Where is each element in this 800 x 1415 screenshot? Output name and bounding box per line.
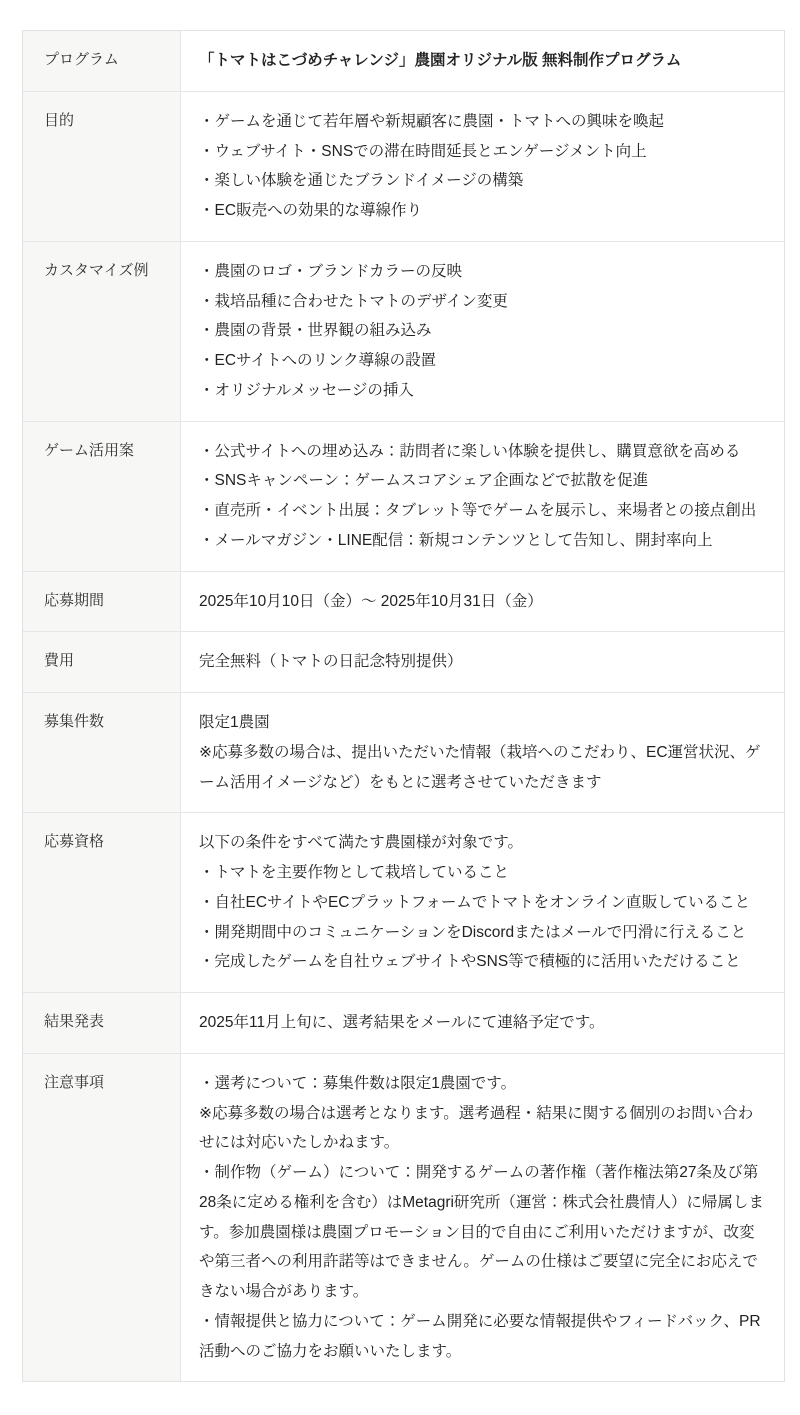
content-line: ・情報提供と協力について：ゲーム開発に必要な情報提供やフィードバック、PR活動へ… xyxy=(199,1307,766,1367)
document-page: プログラム「トマトはこづめチャレンジ」農園オリジナル版 無料制作プログラム目的・… xyxy=(0,0,800,1415)
table-row: 募集件数限定1農園※応募多数の場合は、提出いただいた情報（栽培へのこだわり、EC… xyxy=(23,692,784,812)
content-line: ※応募多数の場合は選考となります。選考過程・結果に関する個別のお問い合わせには対… xyxy=(199,1099,766,1159)
row-label: ゲーム活用案 xyxy=(23,422,181,571)
table-row: 目的・ゲームを通じて若年層や新規顧客に農園・トマトへの興味を喚起・ウェブサイト・… xyxy=(23,91,784,241)
row-content: ・公式サイトへの埋め込み：訪問者に楽しい体験を提供し、購買意欲を高める・SNSキ… xyxy=(181,422,784,571)
content-line: ・ECサイトへのリンク導線の設置 xyxy=(199,346,766,376)
row-content: 「トマトはこづめチャレンジ」農園オリジナル版 無料制作プログラム xyxy=(181,31,784,91)
content-line: ・ウェブサイト・SNSでの滞在時間延長とエンゲージメント向上 xyxy=(199,137,766,167)
content-line: ・開発期間中のコミュニケーションをDiscordまたはメールで円滑に行えること xyxy=(199,918,766,948)
table-row: 応募期間2025年10月10日（金）～ 2025年10月31日（金） xyxy=(23,571,784,632)
content-line: ・オリジナルメッセージの挿入 xyxy=(199,376,766,406)
content-line: ・完成したゲームを自社ウェブサイトやSNS等で積極的に活用いただけること xyxy=(199,947,766,977)
row-label: カスタマイズ例 xyxy=(23,242,181,421)
program-table: プログラム「トマトはこづめチャレンジ」農園オリジナル版 無料制作プログラム目的・… xyxy=(22,30,785,1382)
row-content: ・選考について：募集件数は限定1農園です。※応募多数の場合は選考となります。選考… xyxy=(181,1054,784,1382)
table-row: ゲーム活用案・公式サイトへの埋め込み：訪問者に楽しい体験を提供し、購買意欲を高め… xyxy=(23,421,784,571)
content-line: 2025年10月10日（金）～ 2025年10月31日（金） xyxy=(199,587,766,617)
content-line: ・栽培品種に合わせたトマトのデザイン変更 xyxy=(199,287,766,317)
content-line: ・楽しい体験を通じたブランドイメージの構築 xyxy=(199,166,766,196)
content-line: ・メールマガジン・LINE配信：新規コンテンツとして告知し、開封率向上 xyxy=(199,526,766,556)
row-label: 目的 xyxy=(23,92,181,241)
row-content: 以下の条件をすべて満たす農園様が対象です。・トマトを主要作物として栽培しているこ… xyxy=(181,813,784,992)
row-content: ・農園のロゴ・ブランドカラーの反映・栽培品種に合わせたトマトのデザイン変更・農園… xyxy=(181,242,784,421)
row-label: 結果発表 xyxy=(23,993,181,1053)
content-line: ・トマトを主要作物として栽培していること xyxy=(199,858,766,888)
content-line: 「トマトはこづめチャレンジ」農園オリジナル版 無料制作プログラム xyxy=(199,46,766,76)
content-line: ・農園の背景・世界観の組み込み xyxy=(199,316,766,346)
row-content: ・ゲームを通じて若年層や新規顧客に農園・トマトへの興味を喚起・ウェブサイト・SN… xyxy=(181,92,784,241)
content-line: 完全無料（トマトの日記念特別提供） xyxy=(199,647,766,677)
table-row: 応募資格以下の条件をすべて満たす農園様が対象です。・トマトを主要作物として栽培し… xyxy=(23,812,784,992)
row-label: 費用 xyxy=(23,632,181,692)
content-line: ・農園のロゴ・ブランドカラーの反映 xyxy=(199,257,766,287)
content-line: ・選考について：募集件数は限定1農園です。 xyxy=(199,1069,766,1099)
row-label: 応募資格 xyxy=(23,813,181,992)
row-content: 2025年11月上旬に、選考結果をメールにて連絡予定です。 xyxy=(181,993,784,1053)
content-line: ・直売所・イベント出展：タブレット等でゲームを展示し、来場者との接点創出 xyxy=(199,496,766,526)
table-row: 費用完全無料（トマトの日記念特別提供） xyxy=(23,631,784,692)
row-content: 完全無料（トマトの日記念特別提供） xyxy=(181,632,784,692)
content-line: 以下の条件をすべて満たす農園様が対象です。 xyxy=(199,828,766,858)
content-line: ・EC販売への効果的な導線作り xyxy=(199,196,766,226)
table-row: 結果発表2025年11月上旬に、選考結果をメールにて連絡予定です。 xyxy=(23,992,784,1053)
table-row: カスタマイズ例・農園のロゴ・ブランドカラーの反映・栽培品種に合わせたトマトのデザ… xyxy=(23,241,784,421)
content-line: ※応募多数の場合は、提出いただいた情報（栽培へのこだわり、EC運営状況、ゲーム活… xyxy=(199,738,766,798)
content-line: ・ゲームを通じて若年層や新規顧客に農園・トマトへの興味を喚起 xyxy=(199,107,766,137)
content-line: ・公式サイトへの埋め込み：訪問者に楽しい体験を提供し、購買意欲を高める xyxy=(199,437,766,467)
row-content: 限定1農園※応募多数の場合は、提出いただいた情報（栽培へのこだわり、EC運営状況… xyxy=(181,693,784,812)
content-line: 2025年11月上旬に、選考結果をメールにて連絡予定です。 xyxy=(199,1008,766,1038)
row-label: 募集件数 xyxy=(23,693,181,812)
content-line: ・SNSキャンペーン：ゲームスコアシェア企画などで拡散を促進 xyxy=(199,466,766,496)
table-row: プログラム「トマトはこづめチャレンジ」農園オリジナル版 無料制作プログラム xyxy=(23,31,784,91)
row-label: プログラム xyxy=(23,31,181,91)
row-label: 応募期間 xyxy=(23,572,181,632)
content-line: ・自社ECサイトやECプラットフォームでトマトをオンライン直販していること xyxy=(199,888,766,918)
table-row: 注意事項・選考について：募集件数は限定1農園です。※応募多数の場合は選考となりま… xyxy=(23,1053,784,1382)
row-content: 2025年10月10日（金）～ 2025年10月31日（金） xyxy=(181,572,784,632)
content-line: 限定1農園 xyxy=(199,708,766,738)
content-line: ・制作物（ゲーム）について：開発するゲームの著作権（著作権法第27条及び第28条… xyxy=(199,1158,766,1307)
row-label: 注意事項 xyxy=(23,1054,181,1382)
